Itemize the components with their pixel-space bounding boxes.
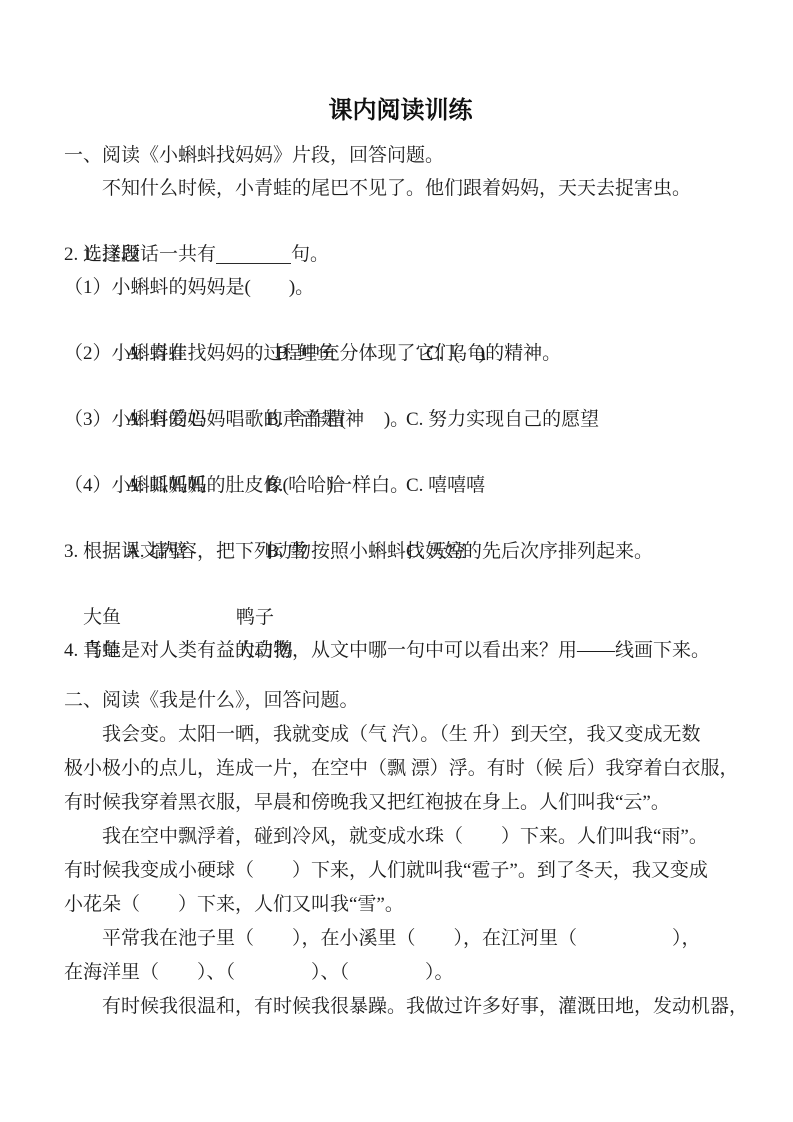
passage-line: 有时候我变成小硬球（ ）下来，人们就叫我“雹子”。到了冬天，我又变成 <box>64 854 737 888</box>
passage-line: 有时候我很温和，有时候我很暴躁。我做过许多好事，灌溉田地，发动机器， <box>64 990 737 1024</box>
worksheet-page: 课内阅读训练 一、阅读《小蝌蚪找妈妈》片段，回答问题。 不知什么时候，小青蛙的尾… <box>0 0 793 1122</box>
section1-heading: 一、阅读《小蝌蚪找妈妈》片段，回答问题。 <box>64 139 737 172</box>
question2-item2-options: A. 有爱心B. 合作精神C. 努力实现自己的愿望 <box>64 370 737 403</box>
passage-line: 平常我在池子里（ ），在小溪里（ ），在江河里（ ）， <box>64 922 737 956</box>
question2-item1: （1）小蝌蚪的妈妈是( )。 <box>64 271 737 304</box>
question2-item3: （3）小蝌蚪的妈妈唱歌的声音是( )。 <box>64 403 737 436</box>
section1-passage: 不知什么时候，小青蛙的尾巴不见了。他们跟着妈妈，天天去捉害虫。 <box>64 172 737 205</box>
question2-item4-options: A. 墙壁B. 雪C. 天空 <box>64 502 737 535</box>
section2-heading: 二、阅读《我是什么》，回答问题。 <box>64 684 737 718</box>
passage-line: 我会变。太阳一晒，我就变成（气 汽）。（生 升）到天空，我又变成无数 <box>64 718 737 752</box>
passage-line: 在海洋里（ ）、（ ）、（ ）。 <box>64 956 737 990</box>
question2-item3-options: A. 呱呱呱B. 哈哈哈C. 嘻嘻嘻 <box>64 436 737 469</box>
passage-line: 极小极小的点儿，连成一片，在空中（飘 漂）浮。有时（候 后）我穿着白衣服， <box>64 752 737 786</box>
question3-animal-row: 大鱼鸭子 <box>64 568 737 601</box>
question2-item1-options: A. 青蛙B. 鲤鱼C. 乌龟 <box>64 304 737 337</box>
question4-label: 4. 青蛙是对人类有益的动物，从文中哪一句中可以看出来？用——线画下来。 <box>64 634 737 667</box>
passage-line: 我在空中飘浮着，碰到冷风，就变成水珠（ ）下来。人们叫我“雨”。 <box>64 820 737 854</box>
passage-line: 小花朵（ ）下来，人们又叫我“雪”。 <box>64 888 737 922</box>
page-title: 课内阅读训练 <box>64 96 737 126</box>
animal-item: 鸭子 <box>236 607 274 628</box>
question3-label: 3. 根据课文内容，把下列动物按照小蝌蚪找妈妈的先后次序排列起来。 <box>64 535 737 568</box>
question2-item2: （2）小蝌蚪在找妈妈的过程中充分体现了它们( )的精神。 <box>64 337 737 370</box>
option-c[interactable]: C. 嘻嘻嘻 <box>406 469 485 502</box>
animal-item: 大鱼 <box>83 601 236 634</box>
option-c[interactable]: C. 努力实现自己的愿望 <box>406 403 599 436</box>
section2: 二、阅读《我是什么》，回答问题。 我会变。太阳一晒，我就变成（气 汽）。（生 升… <box>64 684 737 1024</box>
question1-text-post: 句。 <box>291 244 329 265</box>
question2-item4: （4）小蝌蚪妈妈的肚皮像( )一样白。 <box>64 469 737 502</box>
passage-line: 有时候我穿着黑衣服，早晨和傍晚我又把红袍披在身上。人们叫我“云”。 <box>64 786 737 820</box>
question1-line: 1. 这段话一共有句。 <box>64 205 737 238</box>
question1-answer-blank[interactable] <box>216 244 291 264</box>
